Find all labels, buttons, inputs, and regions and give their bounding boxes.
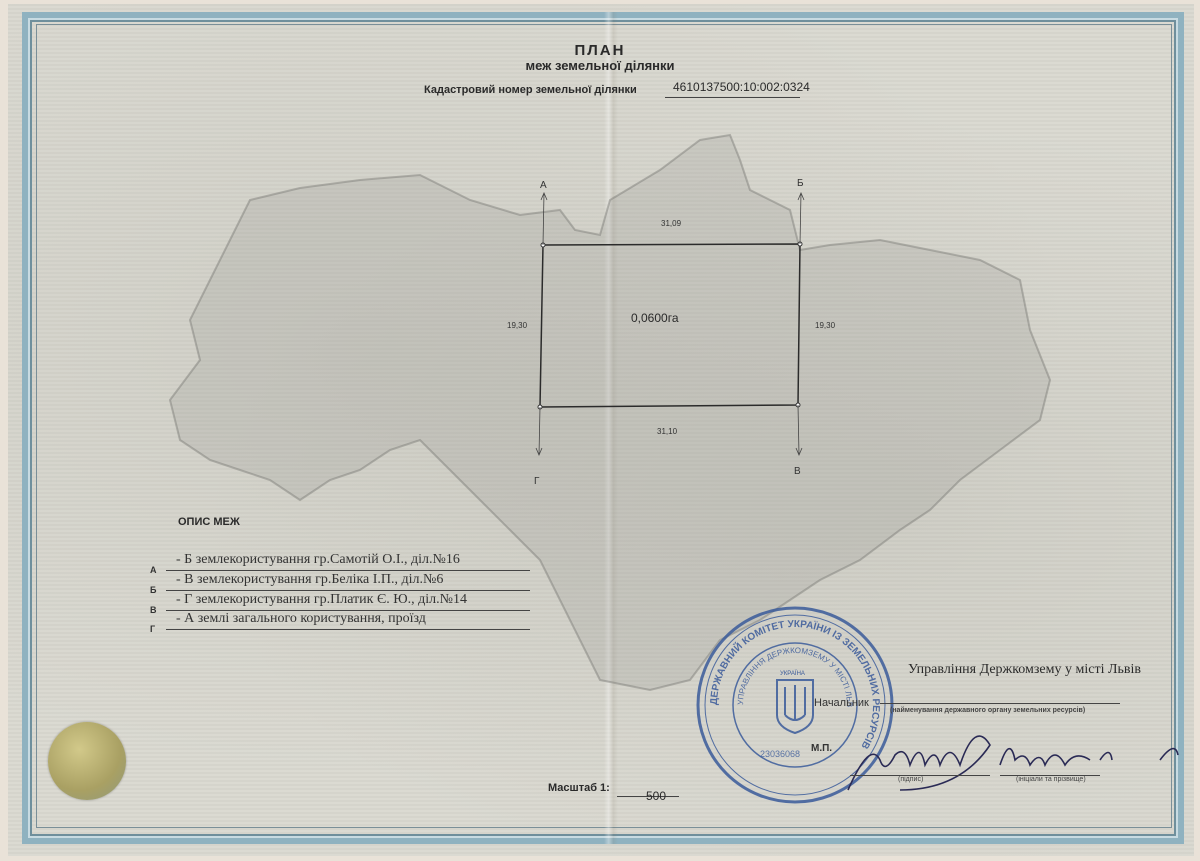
- side-right-length: 19,30: [815, 321, 836, 330]
- side-top-length: 31,09: [661, 219, 682, 228]
- stamp-place-mark: М.П.: [811, 743, 832, 754]
- boundaries-heading: ОПИС МЕЖ: [178, 516, 240, 528]
- corner-label-a: А: [540, 180, 547, 191]
- boundary-description: - Г землекористування гр.Платик Є. Ю., д…: [176, 592, 467, 608]
- corner-label-g: Г: [534, 476, 540, 487]
- hologram-seal-icon: [48, 722, 126, 800]
- boundary-row: Б - В землекористування гр.Беліка І.П., …: [150, 571, 530, 591]
- plot-area: 0,0600га: [631, 311, 679, 325]
- boundary-description: - В землекористування гр.Беліка І.П., ді…: [176, 572, 443, 588]
- initials-caption: (ініціали та прізвище): [1016, 776, 1086, 783]
- side-bottom-length: 31,10: [657, 427, 678, 436]
- corner-label-b: Б: [797, 178, 804, 189]
- scale-label: Масштаб 1:: [548, 782, 610, 794]
- signature-caption: (підпис): [898, 776, 923, 783]
- boundary-description: - Б землекористування гр.Самотій О.І., д…: [176, 552, 460, 568]
- organization-underline: [880, 703, 1120, 704]
- organization-caption: (найменування державного органу земельни…: [890, 707, 1085, 714]
- stamp-code: 23036068: [760, 749, 800, 759]
- position-title: Начальник: [814, 697, 869, 709]
- scale-value: 500: [646, 789, 666, 803]
- boundary-description: - А землі загального користування, проїз…: [176, 611, 426, 627]
- boundary-point: Г: [150, 624, 155, 634]
- side-left-length: 19,30: [507, 321, 528, 330]
- corner-label-v: В: [794, 466, 801, 477]
- boundary-row: В - Г землекористування гр.Платик Є. Ю.,…: [150, 591, 530, 611]
- boundary-row: А - Б землекористування гр.Самотій О.І.,…: [150, 551, 530, 571]
- boundary-row: Г - А землі загального користування, про…: [150, 610, 530, 630]
- organization-name: Управління Держкомзему у місті Львів: [908, 662, 1141, 678]
- plot-plan-drawing: А Б В Г 31,09 31,10 19,30 19,30 0,0600га…: [0, 0, 1200, 861]
- stamp-center-text: УКРАЇНА: [780, 670, 805, 677]
